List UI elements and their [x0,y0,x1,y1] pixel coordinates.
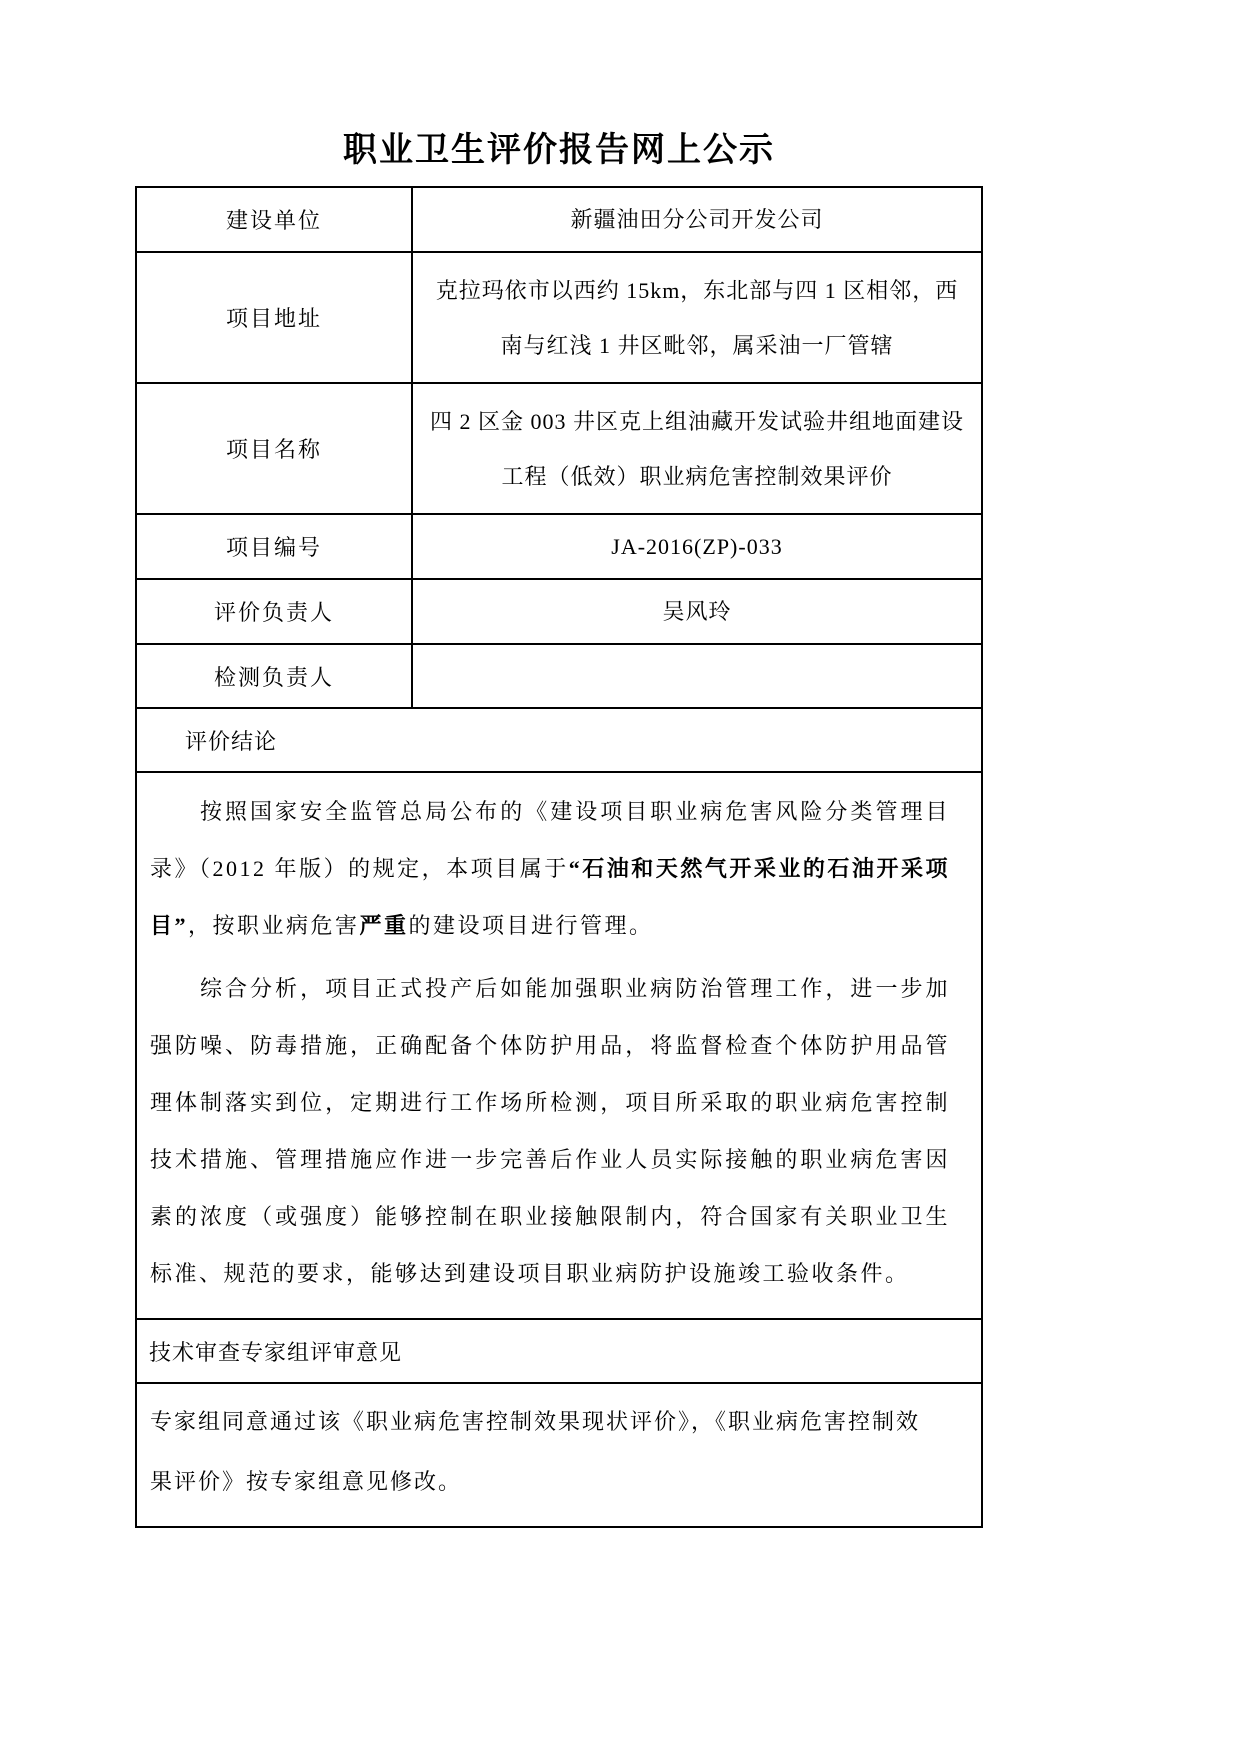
row-conclusion-header: 评价结论 [137,709,981,773]
project-name-value: 四 2 区金 003 井区克上组油藏开发试验井组地面建设 工程（低效）职业病危害… [413,384,981,513]
row-expert-header: 技术审查专家组评审意见 [137,1320,981,1384]
evaluation-leader-value: 吴风玲 [413,580,981,643]
project-number-value: JA-2016(ZP)-033 [413,515,981,578]
row-project-address: 项目地址 克拉玛依市以西约 15km，东北部与四 1 区相邻，西 南与红浅 1 … [137,253,981,384]
project-address-label: 项目地址 [137,253,413,382]
project-name-label: 项目名称 [137,384,413,513]
row-expert-opinion: 专家组同意通过该《职业病危害控制效果现状评价》，《职业病危害控制效 果评价》按专… [137,1384,981,1526]
construction-unit-label: 建设单位 [137,188,413,251]
construction-unit-value: 新疆油田分公司开发公司 [413,188,981,251]
report-table: 建设单位 新疆油田分公司开发公司 项目地址 克拉玛依市以西约 15km，东北部与… [135,186,983,1528]
row-construction-unit: 建设单位 新疆油田分公司开发公司 [137,188,981,253]
conclusion-p1-text-c: 的建设项目进行管理。 [409,913,654,938]
conclusion-header-label: 评价结论 [185,725,277,756]
conclusion-paragraph-2: 综合分析，项目正式投产后如能加强职业病防治管理工作，进一步加强防噪、防毒措施，正… [150,960,950,1302]
document-page: 职业卫生评价报告网上公示 建设单位 新疆油田分公司开发公司 项目地址 克拉玛依市… [0,0,1241,1755]
page-title: 职业卫生评价报告网上公示 [135,122,983,171]
expert-header-label: 技术审查专家组评审意见 [149,1336,402,1367]
project-number-label: 项目编号 [137,515,413,578]
evaluation-leader-label: 评价负责人 [137,580,413,643]
row-testing-leader: 检测负责人 [137,645,981,709]
conclusion-p1-text-b: ，按职业病危害 [188,913,360,938]
project-address-value: 克拉玛依市以西约 15km，东北部与四 1 区相邻，西 南与红浅 1 井区毗邻，… [413,253,981,382]
row-evaluation-leader: 评价负责人 吴风玲 [137,580,981,645]
row-conclusion-body: 按照国家安全监管总局公布的《建设项目职业病危害风险分类管理目录》（2012 年版… [137,773,981,1320]
conclusion-paragraph-1: 按照国家安全监管总局公布的《建设项目职业病危害风险分类管理目录》（2012 年版… [150,783,950,954]
testing-leader-value [413,645,981,707]
row-project-name: 项目名称 四 2 区金 003 井区克上组油藏开发试验井组地面建设 工程（低效）… [137,384,981,515]
conclusion-p1-bold-severity: 严重 [360,913,409,938]
row-project-number: 项目编号 JA-2016(ZP)-033 [137,515,981,580]
testing-leader-label: 检测负责人 [137,645,413,707]
